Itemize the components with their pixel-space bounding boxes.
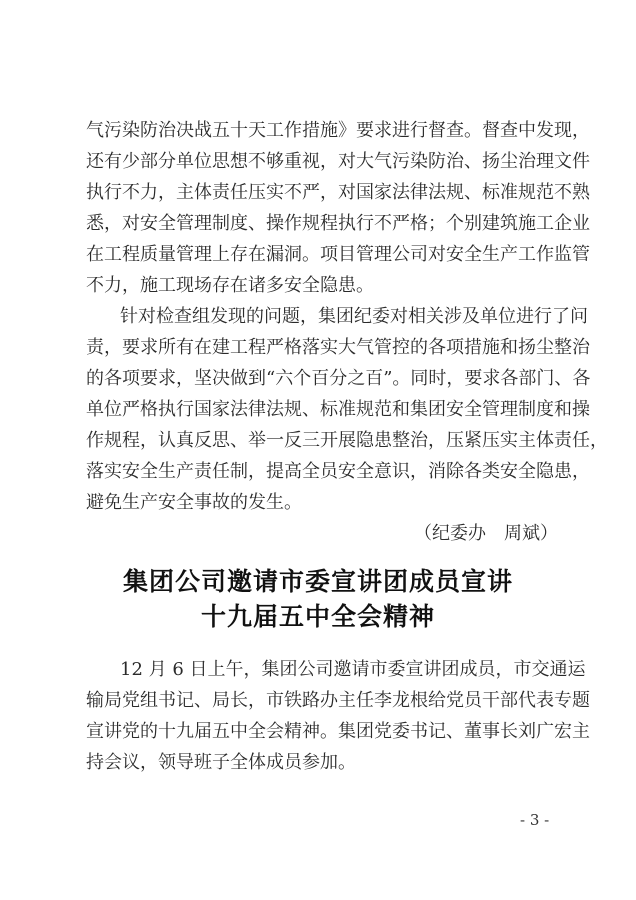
paragraph-line: 12 月 6 日上午，集团公司邀请市委宣讲团成员，市交通运 [120, 655, 558, 685]
paragraph-line: 还有少部分单位思想不够重视，对大气污染防治、扬尘治理文件 [86, 147, 558, 177]
paragraph-line: 责，要求所有在建工程严格落实大气管控的各项措施和扬尘整治 [86, 333, 558, 363]
paragraph-line: 的各项要求，坚决做到“六个百分之百”。同时，要求各部门、各 [86, 364, 558, 394]
paragraph-line: 针对检查组发现的问题，集团纪委对相关涉及单位进行了问 [120, 302, 558, 332]
article-title-line-2: 十九届五中全会精神 [0, 600, 636, 634]
paragraph-line: 悉，对安全管理制度、操作规程执行不严格；个别建筑施工企业 [86, 209, 558, 239]
paragraph-line: 在工程质量管理上存在漏洞。项目管理公司对安全生产工作监管 [86, 240, 558, 270]
paragraph-line: 不力，施工现场存在诸多安全隐患。 [86, 271, 558, 301]
paragraph-line: 单位严格执行国家法律法规、标准规范和集团安全管理制度和操 [86, 395, 558, 425]
paragraph-line: 作规程，认真反思、举一反三开展隐患整治，压紧压实主体责任， [86, 426, 558, 456]
paragraph-line: 执行不力，主体责任压实不严，对国家法律法规、标准规范不熟 [86, 178, 558, 208]
paragraph-line: 落实安全生产责任制，提高全员安全意识，消除各类安全隐患， [86, 457, 558, 487]
author-signature: （纪委办 周斌） [414, 519, 558, 549]
paragraph-line: 气污染防治决战五十天工作措施》要求进行督查。督查中发现， [86, 116, 558, 146]
article-title-line-1: 集团公司邀请市委宣讲团成员宣讲 [0, 565, 636, 599]
paragraph-line: 持会议，领导班子全体成员参加。 [86, 748, 558, 778]
page-number: - 3 - [520, 810, 549, 830]
paragraph-line: 输局党组书记、局长，市铁路办主任李龙根给党员干部代表专题 [86, 686, 558, 716]
paragraph-line: 避免生产安全事故的发生。 [86, 488, 558, 518]
paragraph-line: 宣讲党的十九届五中全会精神。集团党委书记、董事长刘广宏主 [86, 717, 558, 747]
document-page: 气污染防治决战五十天工作措施》要求进行督查。督查中发现， 还有少部分单位思想不够… [0, 0, 636, 900]
